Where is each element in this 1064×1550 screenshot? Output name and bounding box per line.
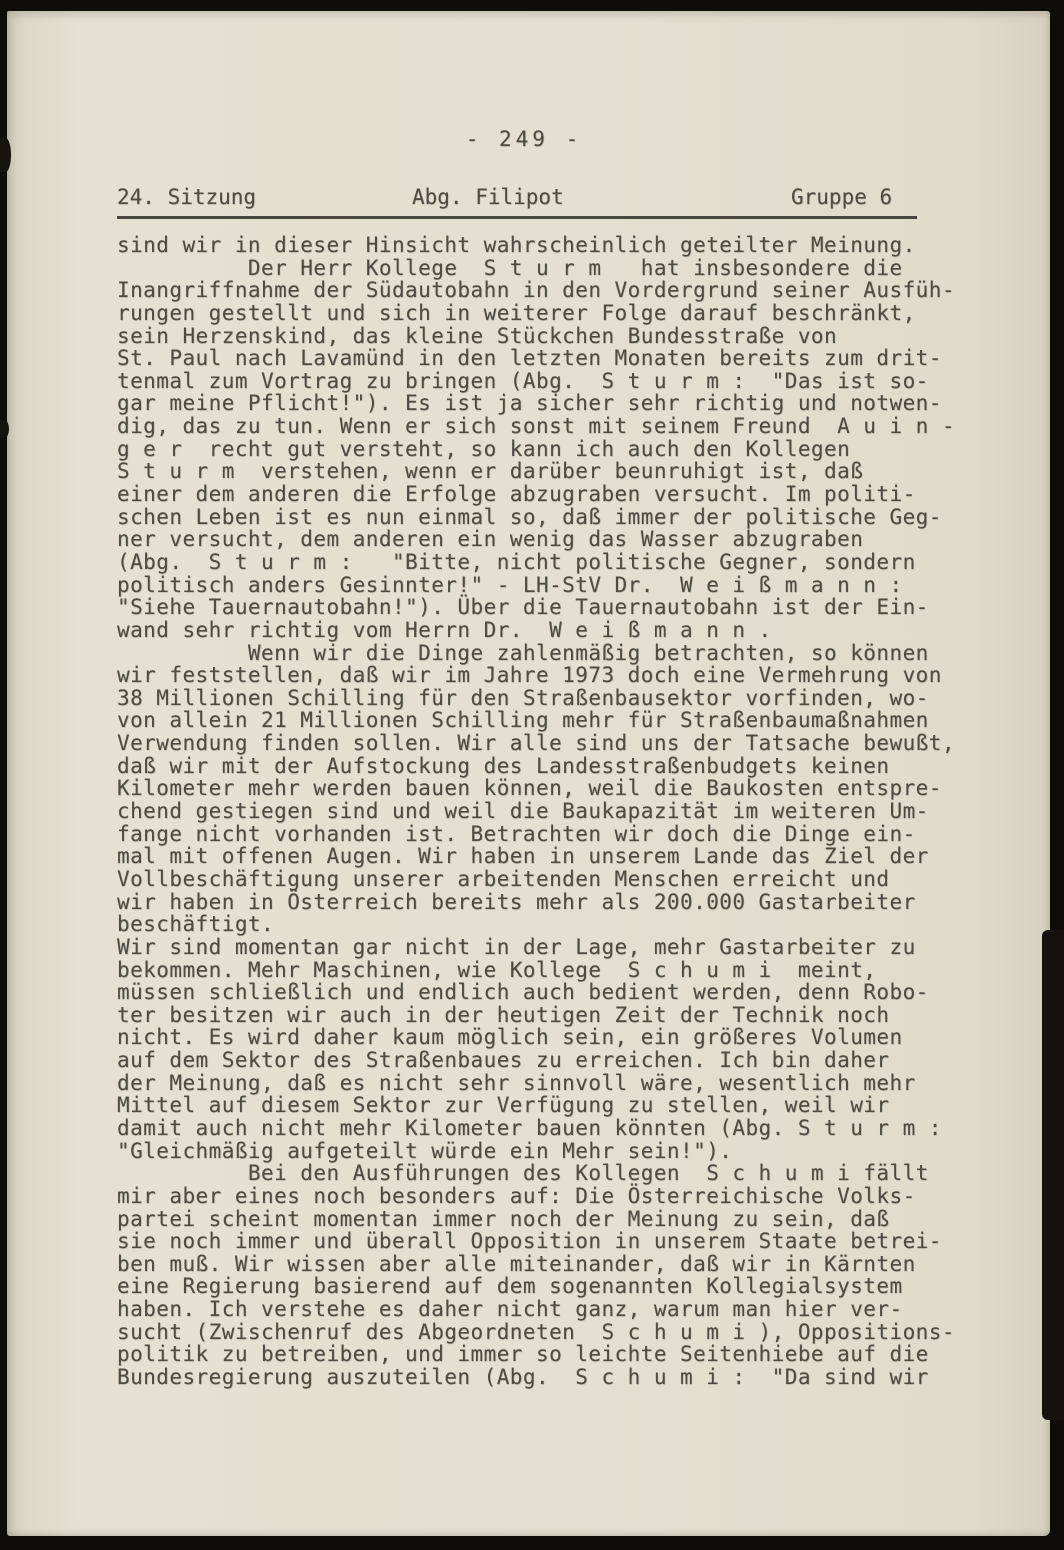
- text-line: Mittel auf diesem Sektor zur Verfügung z…: [117, 1094, 1017, 1117]
- text-line: Bundesregierung auszuteilen (Abg. S c h …: [117, 1366, 1017, 1389]
- speaker-label: Abg. Filipot: [412, 185, 564, 209]
- text-line: tenmal zum Vortrag zu bringen (Abg. S t …: [117, 370, 1017, 393]
- text-line: wand sehr richtig vom Herrn Dr. W e i ß …: [117, 619, 1017, 642]
- text-line: daß wir mit der Aufstockung des Landesst…: [117, 755, 1017, 778]
- text-line: ner versucht, dem anderen ein wenig das …: [117, 528, 1017, 551]
- scan-edge-blob: [0, 420, 9, 438]
- text-line: Bei den Ausführungen des Kollegen S c h …: [117, 1162, 1017, 1185]
- text-line: St. Paul nach Lavamünd in den letzten Mo…: [117, 347, 1017, 370]
- text-line: bekommen. Mehr Maschinen, wie Kollege S …: [117, 959, 1017, 982]
- text-line: einer dem anderen die Erfolge abzugraben…: [117, 483, 1017, 506]
- text-line: "Siehe Tauernautobahn!"). Über die Tauer…: [117, 596, 1017, 619]
- text-line: chend gestiegen sind und weil die Baukap…: [117, 800, 1017, 823]
- text-line: von allein 21 Millionen Schilling mehr f…: [117, 709, 1017, 732]
- text-line: fange nicht vorhanden ist. Betrachten wi…: [117, 823, 1017, 846]
- text-line: sind wir in dieser Hinsicht wahrscheinli…: [117, 234, 1017, 257]
- text-line: haben. Ich verstehe es daher nicht ganz,…: [117, 1298, 1017, 1321]
- text-line: S t u r m verstehen, wenn er darüber beu…: [117, 460, 1017, 483]
- text-line: eine Regierung basierend auf dem sogenan…: [117, 1275, 1017, 1298]
- document-body: sind wir in dieser Hinsicht wahrscheinli…: [117, 234, 1017, 1389]
- text-line: ter besitzen wir auch in der heutigen Ze…: [117, 1004, 1017, 1027]
- text-line: politik zu betreiben, und immer so leich…: [117, 1343, 1017, 1366]
- text-line: auf dem Sektor des Straßenbaues zu errei…: [117, 1049, 1017, 1072]
- text-line: Vollbeschäftigung unserer arbeitenden Me…: [117, 868, 1017, 891]
- page-number: - 249 -: [7, 127, 1041, 151]
- text-line: damit auch nicht mehr Kilometer bauen kö…: [117, 1117, 1017, 1140]
- text-line: sie noch immer und überall Opposition in…: [117, 1230, 1017, 1253]
- text-line: der Meinung, daß es nicht sehr sinnvoll …: [117, 1072, 1017, 1095]
- text-line: gar meine Pflicht!"). Es ist ja sicher s…: [117, 392, 1017, 415]
- text-line: sucht (Zwischenruf des Abgeordneten S c …: [117, 1321, 1017, 1344]
- text-line: wir feststellen, daß wir im Jahre 1973 d…: [117, 664, 1017, 687]
- text-line: Kilometer mehr werden bauen können, weil…: [117, 777, 1017, 800]
- session-label: 24. Sitzung: [117, 185, 256, 209]
- text-line: sein Herzenskind, das kleine Stückchen B…: [117, 325, 1017, 348]
- text-line: beschäftigt.: [117, 913, 1017, 936]
- text-line: Wenn wir die Dinge zahlenmäßig betrachte…: [117, 642, 1017, 665]
- text-line: ben muß. Wir wissen aber alle miteinande…: [117, 1253, 1017, 1276]
- text-line: Der Herr Kollege S t u r m hat insbesond…: [117, 257, 1017, 280]
- scan-edge-blob: [0, 138, 11, 172]
- group-label: Gruppe 6: [791, 185, 892, 209]
- text-line: mir aber eines noch besonders auf: Die Ö…: [117, 1185, 1017, 1208]
- text-line: partei scheint momentan immer noch der M…: [117, 1208, 1017, 1231]
- scan-edge-right: [1042, 930, 1064, 1420]
- text-line: wir haben in Österreich bereits mehr als…: [117, 891, 1017, 914]
- text-line: g e r recht gut versteht, so kann ich au…: [117, 438, 1017, 461]
- text-line: müssen schließlich und endlich auch bedi…: [117, 981, 1017, 1004]
- text-line: 38 Millionen Schilling für den Straßenba…: [117, 687, 1017, 710]
- text-line: mal mit offenen Augen. Wir haben in unse…: [117, 845, 1017, 868]
- text-line: Verwendung finden sollen. Wir alle sind …: [117, 732, 1017, 755]
- text-line: Wir sind momentan gar nicht in der Lage,…: [117, 936, 1017, 959]
- text-line: schen Leben ist es nun einmal so, daß im…: [117, 506, 1017, 529]
- text-line: (Abg. S t u r m : "Bitte, nicht politisc…: [117, 551, 1017, 574]
- text-line: dig, das zu tun. Wenn er sich sonst mit …: [117, 415, 1017, 438]
- text-line: Inangriffnahme der Südautobahn in den Vo…: [117, 279, 1017, 302]
- scanned-page: - 249 - 24. Sitzung Abg. Filipot Gruppe …: [0, 0, 1064, 1550]
- text-line: rungen gestellt und sich in weiterer Fol…: [117, 302, 1017, 325]
- text-line: "Gleichmäßig aufgeteilt würde ein Mehr s…: [117, 1140, 1017, 1163]
- running-header: 24. Sitzung Abg. Filipot Gruppe 6: [117, 185, 917, 219]
- paper-sheet: - 249 - 24. Sitzung Abg. Filipot Gruppe …: [7, 11, 1050, 1536]
- text-line: nicht. Es wird daher kaum möglich sein, …: [117, 1026, 1017, 1049]
- text-line: politisch anders Gesinnter!" - LH-StV Dr…: [117, 574, 1017, 597]
